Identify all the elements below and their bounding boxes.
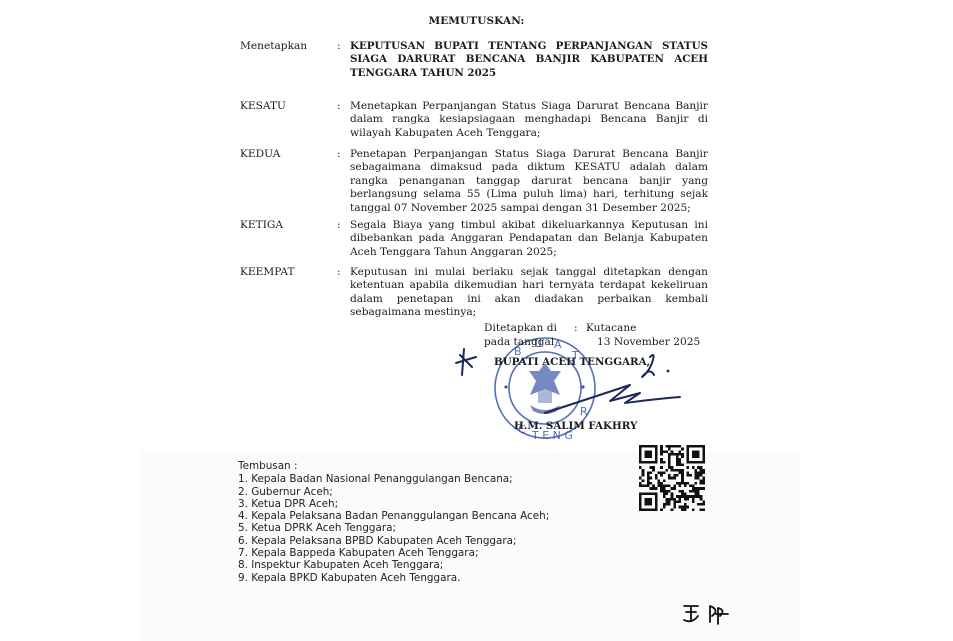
tembusan-item: 3. Ketua DPR Aceh; <box>238 498 549 510</box>
tembusan-list: Tembusan : 1. Kepala Badan Nasional Pena… <box>238 460 549 584</box>
clause-text: Segala Biaya yang timbul akibat dikeluar… <box>350 219 708 259</box>
clause-label: Menetapkan <box>240 40 335 53</box>
clause-label: KESATU <box>240 100 335 113</box>
initials-paraf-icon <box>680 600 740 626</box>
clause-colon: : <box>337 219 341 232</box>
tembusan-item: 4. Kepala Pelaksana Badan Penanggulangan… <box>238 510 549 522</box>
tembusan-item: 5. Ketua DPRK Aceh Tenggara; <box>238 522 549 534</box>
clause-label: KEEMPAT <box>240 266 335 279</box>
tembusan-item: 1. Kepala Badan Nasional Penanggulangan … <box>238 473 549 485</box>
clause-colon: : <box>337 266 341 279</box>
tembusan-item: 7. Kepala Bappeda Kabupaten Aceh Tenggar… <box>238 547 549 559</box>
place-value: Kutacane <box>586 322 636 336</box>
clause-text: Penetapan Perpanjangan Status Siaga Daru… <box>350 148 708 215</box>
place-colon: : <box>574 322 578 336</box>
clause-label: KETIGA <box>240 219 335 232</box>
tembusan-item: 8. Inspektur Kabupaten Aceh Tenggara; <box>238 559 549 571</box>
clause-colon: : <box>337 148 341 161</box>
handwritten-signature-icon <box>450 345 690 425</box>
clause-colon: : <box>337 40 341 53</box>
clause-colon: : <box>337 100 341 113</box>
clause-label: KEDUA <box>240 148 335 161</box>
qr-code-icon <box>639 445 705 511</box>
tembusan-item: 2. Gubernur Aceh; <box>238 486 549 498</box>
tembusan-title: Tembusan : <box>238 460 549 472</box>
place-label: Ditetapkan di <box>484 322 557 336</box>
decision-heading: MEMUTUSKAN: <box>0 15 953 27</box>
clause-text: KEPUTUSAN BUPATI TENTANG PERPANJANGAN ST… <box>350 40 708 80</box>
clause-text: Menetapkan Perpanjangan Status Siaga Dar… <box>350 100 708 140</box>
clause-text: Keputusan ini mulai berlaku sejak tangga… <box>350 266 708 320</box>
tembusan-item: 6. Kepala Pelaksana BPBD Kabupaten Aceh … <box>238 535 549 547</box>
tembusan-item: 9. Kepala BPKD Kabupaten Aceh Tenggara. <box>238 572 549 584</box>
